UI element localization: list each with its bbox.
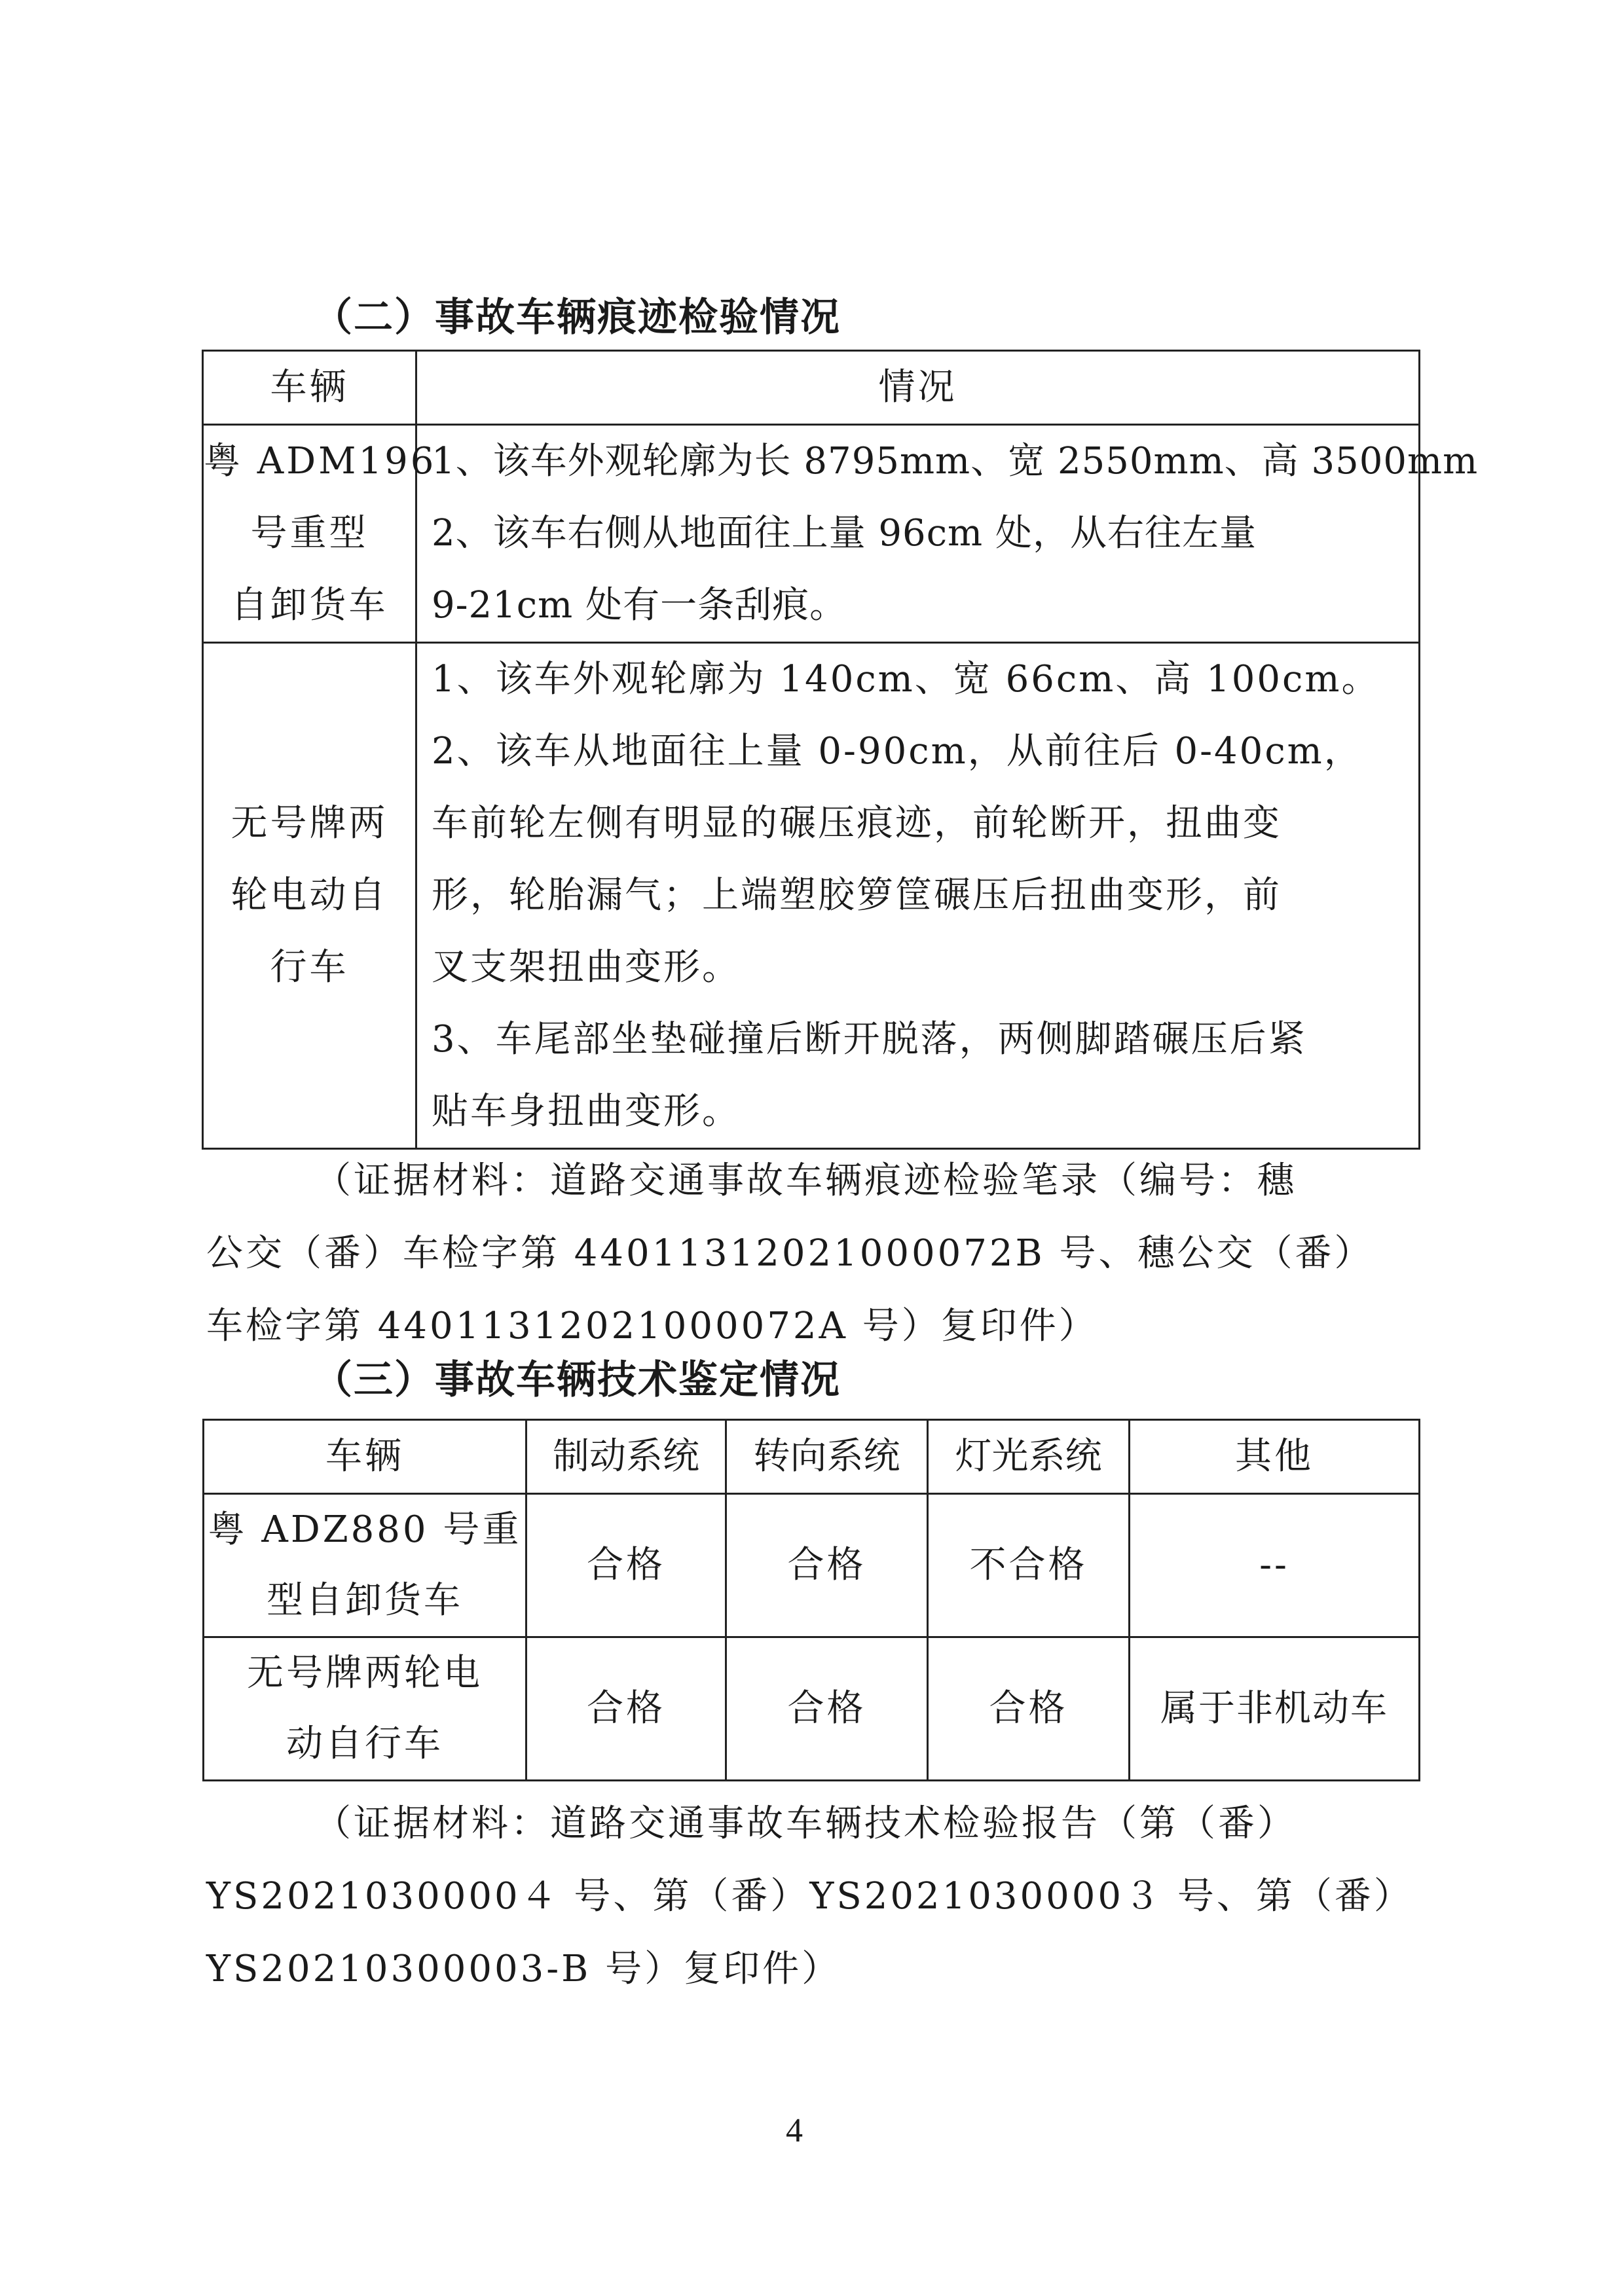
vehicle-cell: 粤 ADZ880 号重 型自卸货车 [204,1494,526,1637]
column-header-details: 情况 [416,351,1420,425]
detail-line: 1、该车外观轮廓为长 8795mm、宽 2550mm、高 3500mm [432,426,1407,498]
detail-line: 9-21cm 处有一条刮痕。 [432,570,1407,642]
evidence-line: YS20210300003-B 号）复印件） [206,1933,1418,2005]
trace-inspection-table: 车辆 情况 粤 ADM196 号重型 自卸货车 1、该车外观轮廓为长 8795m… [202,350,1420,1150]
table-row: 无号牌两 轮电动自 行车 1、该车外观轮廓为 140cm、宽 66cm、高 10… [203,643,1420,1149]
vehicle-line: 自卸货车 [204,570,415,642]
detail-line: 1、该车外观轮廓为 140cm、宽 66cm、高 100cm。 [432,644,1407,716]
table-header-row: 车辆 情况 [203,351,1420,425]
detail-line: 形，轮胎漏气；上端塑胶箩筐碾压后扭曲变形，前 [432,860,1407,932]
column-header-vehicle: 车辆 [203,351,416,425]
page-number: 4 [786,2111,803,2150]
vehicle-line: 粤 ADZ880 号重 [204,1495,525,1565]
evidence-line: YS2021030000４ 号、第（番）YS2021030000３ 号、第（番） [206,1860,1418,1933]
vehicle-line: 型自卸货车 [204,1565,525,1636]
vehicle-line: 无号牌两轮电 [204,1638,525,1709]
lighting-result: 合格 [928,1637,1130,1781]
evidence-note-trace: （证据材料：道路交通事故车辆痕迹检验笔录（编号：穗 公交（番）车检字第 4401… [206,1144,1418,1362]
evidence-line: （证据材料：道路交通事故车辆痕迹检验笔录（编号：穗 [206,1144,1418,1217]
steering-result: 合格 [726,1637,928,1781]
vehicle-line: 无号牌两 [204,788,415,860]
detail-line: 2、该车右侧从地面往上量 96cm 处，从右往左量 [432,498,1407,570]
column-header-other: 其他 [1130,1420,1420,1494]
column-header-brake-system: 制动系统 [526,1420,726,1494]
brake-result: 合格 [526,1494,726,1637]
vehicle-line: 粤 ADM196 [204,426,415,498]
column-header-steering-system: 转向系统 [726,1420,928,1494]
evidence-line: 车检字第 44011312021000072A 号）复印件） [206,1290,1418,1362]
detail-cell: 1、该车外观轮廓为 140cm、宽 66cm、高 100cm。 2、该车从地面往… [416,643,1420,1149]
evidence-line: 公交（番）车检字第 44011312021000072B 号、穗公交（番） [206,1217,1418,1290]
table-row: 粤 ADZ880 号重 型自卸货车 合格 合格 不合格 -- [204,1494,1420,1637]
brake-result: 合格 [526,1637,726,1781]
steering-result: 合格 [726,1494,928,1637]
other-result: -- [1130,1494,1420,1637]
table-header-row: 车辆 制动系统 转向系统 灯光系统 其他 [204,1420,1420,1494]
other-result: 属于非机动车 [1130,1637,1420,1781]
vehicle-line: 行车 [204,932,415,1004]
section-heading-trace-inspection: （二）事故车辆痕迹检验情况 [313,291,841,344]
vehicle-cell: 粤 ADM196 号重型 自卸货车 [203,425,416,643]
vehicle-line: 动自行车 [204,1709,525,1779]
detail-line: 2、该车从地面往上量 0-90cm，从前往后 0-40cm， [432,716,1407,788]
lighting-result: 不合格 [928,1494,1130,1637]
evidence-line: （证据材料：道路交通事故车辆技术检验报告（第（番） [206,1787,1418,1860]
detail-cell: 1、该车外观轮廓为长 8795mm、宽 2550mm、高 3500mm 2、该车… [416,425,1420,643]
column-header-lighting-system: 灯光系统 [928,1420,1130,1494]
vehicle-cell: 无号牌两 轮电动自 行车 [203,643,416,1149]
detail-line: 3、车尾部坐垫碰撞后断开脱落，两侧脚踏碾压后紧 [432,1004,1407,1076]
vehicle-cell: 无号牌两轮电 动自行车 [204,1637,526,1781]
table-row: 粤 ADM196 号重型 自卸货车 1、该车外观轮廓为长 8795mm、宽 25… [203,425,1420,643]
evidence-note-technical: （证据材料：道路交通事故车辆技术检验报告（第（番） YS2021030000４ … [206,1787,1418,2005]
detail-line: 车前轮左侧有明显的碾压痕迹，前轮断开，扭曲变 [432,788,1407,860]
column-header-vehicle: 车辆 [204,1420,526,1494]
section-heading-technical-appraisal: （三）事故车辆技术鉴定情况 [313,1354,841,1406]
detail-line: 叉支架扭曲变形。 [432,932,1407,1004]
table-row: 无号牌两轮电 动自行车 合格 合格 合格 属于非机动车 [204,1637,1420,1781]
technical-appraisal-table: 车辆 制动系统 转向系统 灯光系统 其他 粤 ADZ880 号重 型自卸货车 合… [202,1419,1420,1781]
vehicle-line: 轮电动自 [204,860,415,932]
detail-line: 贴车身扭曲变形。 [432,1076,1407,1148]
vehicle-line: 号重型 [204,498,415,570]
